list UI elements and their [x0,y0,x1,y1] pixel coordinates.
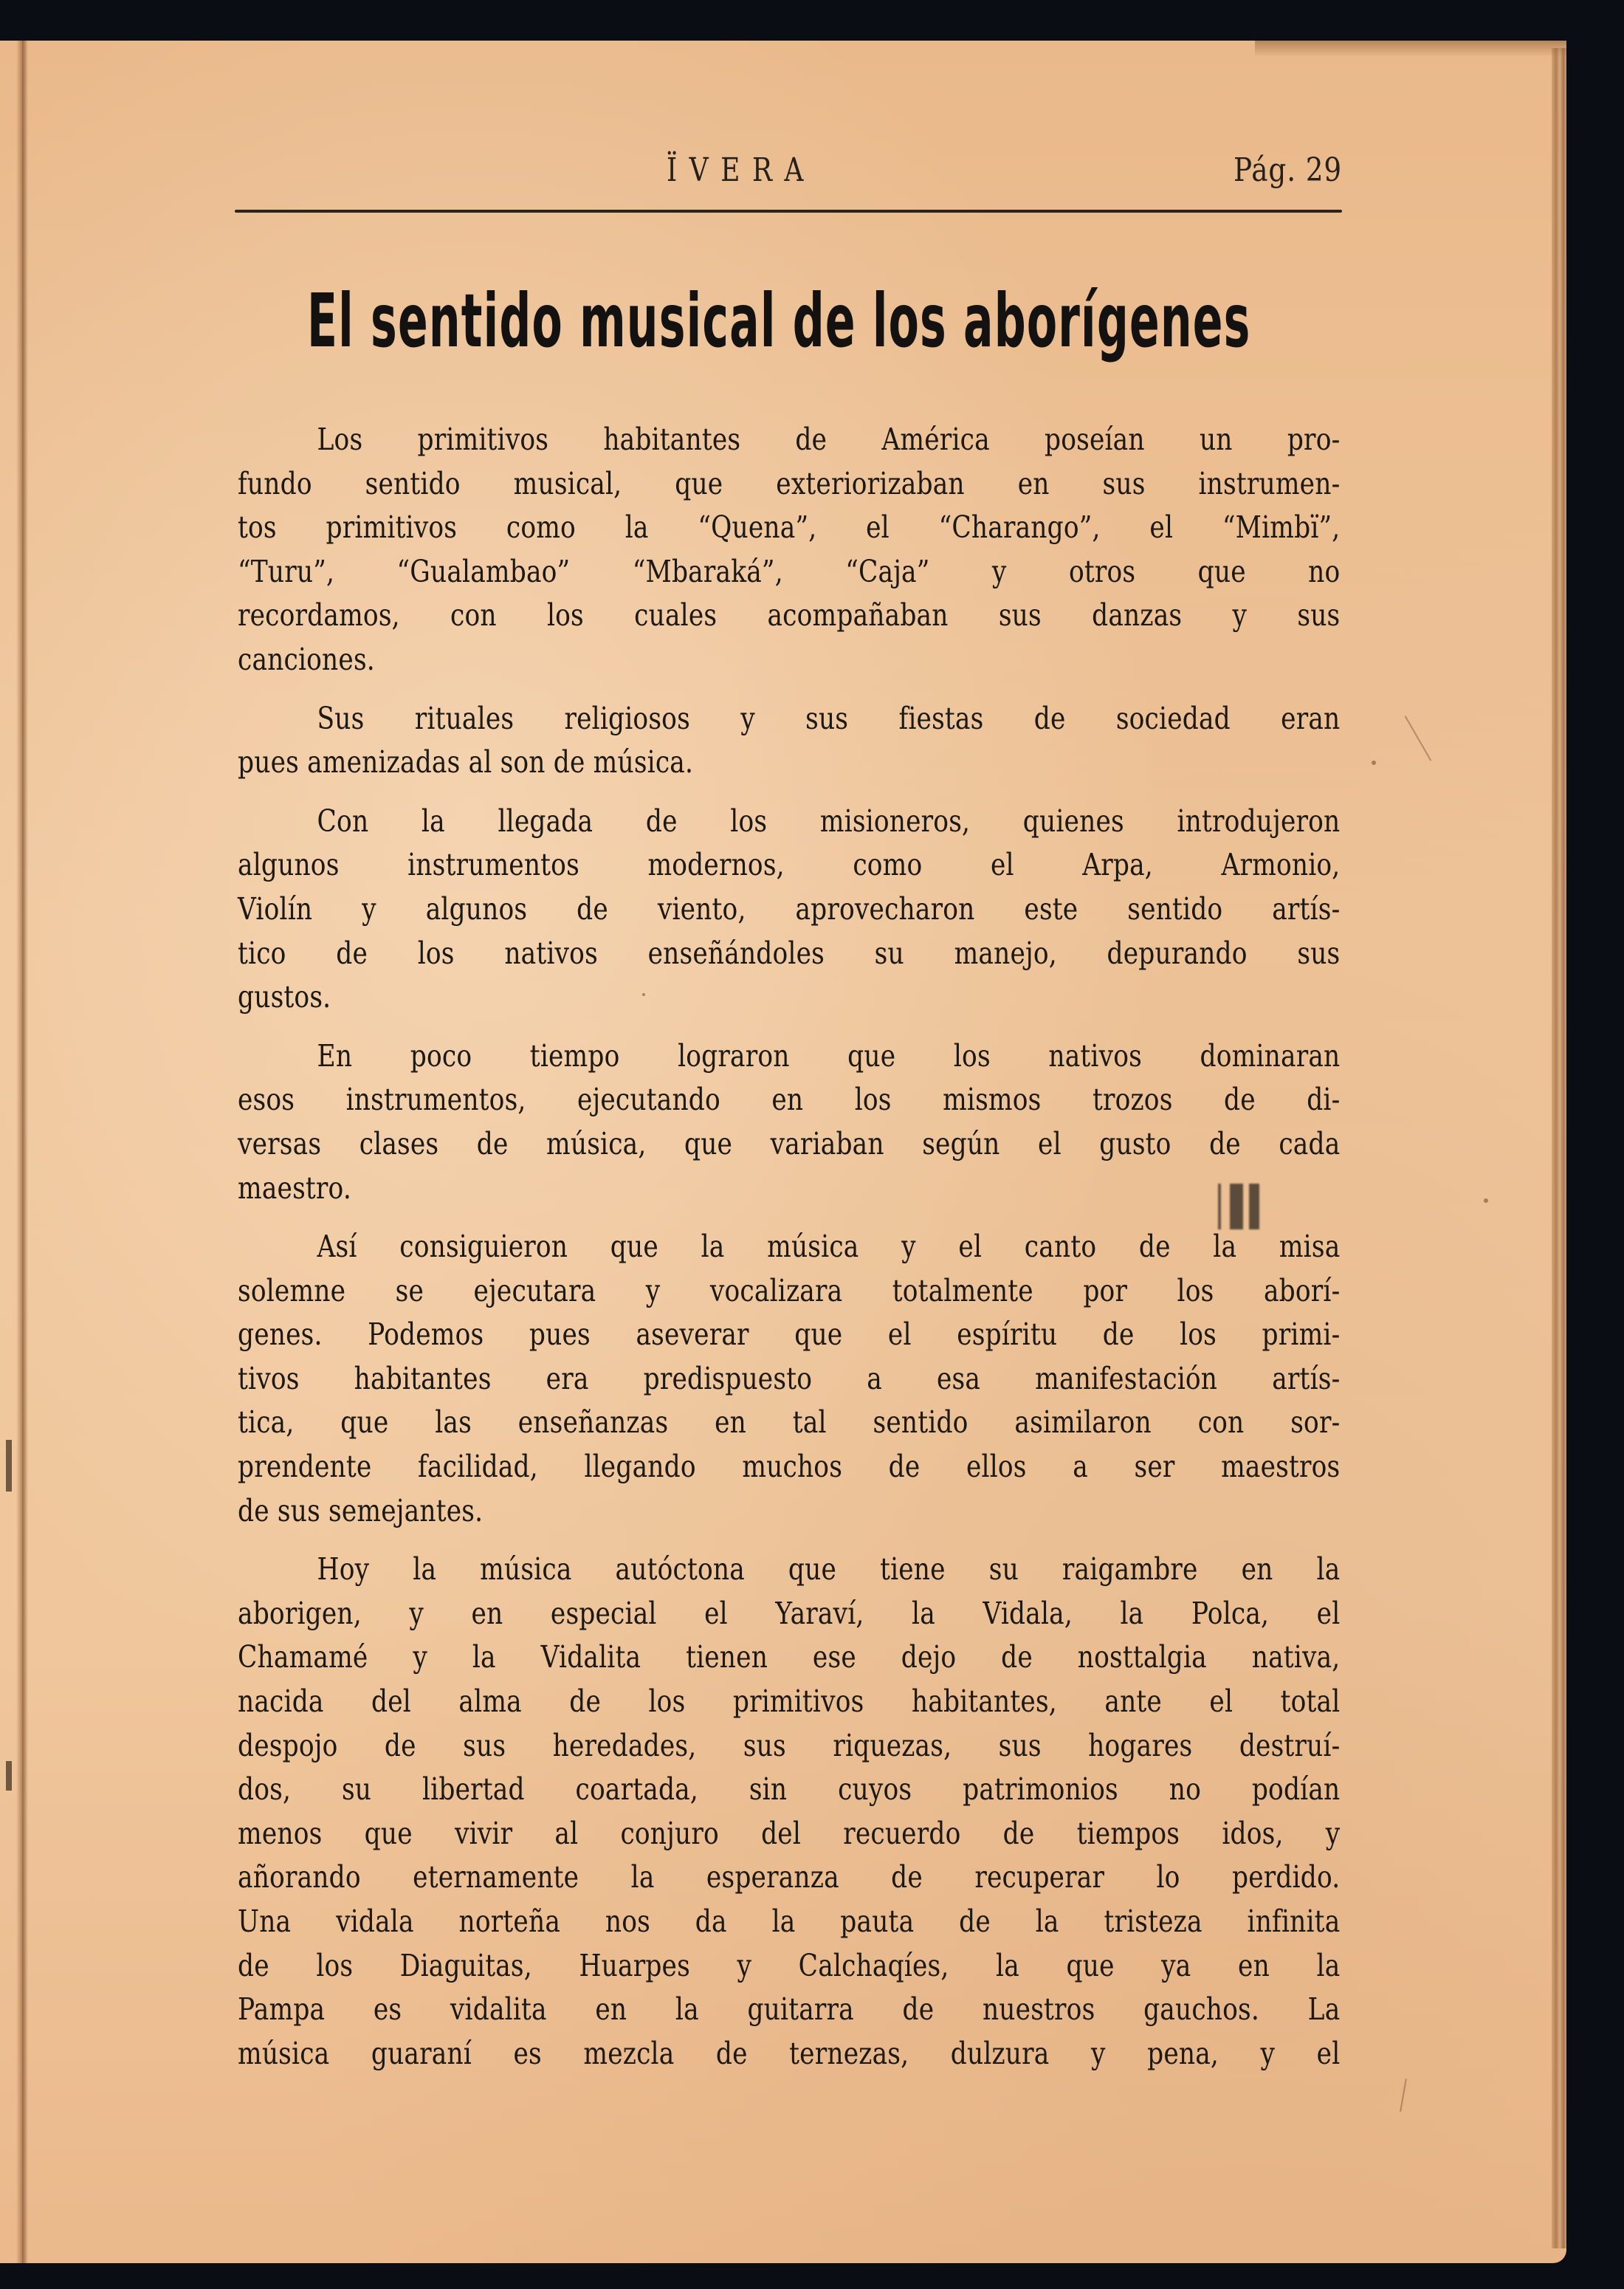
text-line: tivos habitantes era predispuesto a esa … [238,1357,1340,1401]
text-line: música guaraní es mezcla de ternezas, du… [238,2032,1340,2076]
text-line: tos primitivos como la “Quena”, el “Char… [238,506,1340,550]
paragraph: Sus rituales religiosos y sus fiestas de… [238,697,1341,785]
text-line: menos que vivir al conjuro del recuerdo … [238,1812,1340,1856]
paragraph: Con la llegada de los misioneros, quiene… [238,800,1341,1020]
running-header: ÏVERA Pág. 29 [235,151,1342,196]
scanned-page-image: ÏVERA Pág. 29 El sentido musical de los … [0,0,1624,2289]
text-line: añorando eternamente la esperanza de rec… [238,1856,1340,1900]
page-edge-stack [1552,48,1566,2248]
text-line: genes. Podemos pues aseverar que el espí… [238,1313,1340,1357]
text-line: Así consiguieron que la música y el cant… [238,1225,1340,1269]
journal-title: ÏVERA [667,151,816,189]
text-line: tico de los nativos enseñándoles su mane… [238,932,1340,976]
text-line: versas clases de música, que variaban se… [238,1122,1340,1167]
page-number: Pág. 29 [1234,151,1342,189]
text-line: algunos instrumentos modernos, como el A… [238,843,1340,888]
paragraph: En poco tiempo lograron que los nativos … [238,1034,1341,1210]
text-line: Una vidala norteña nos da la pauta de la… [238,1900,1340,1944]
text-line: aborigen, y en especial el Yaraví, la Vi… [238,1592,1340,1636]
paragraph: Los primitivos habitantes de América pos… [238,418,1341,682]
text-line: canciones. [238,638,1340,682]
text-line: Los primitivos habitantes de América pos… [238,418,1340,462]
header-rule [235,210,1342,213]
binding-mark [6,1761,12,1791]
text-line: En poco tiempo lograron que los nativos … [238,1034,1340,1079]
text-line: Pampa es vidalita en la guitarra de nues… [238,1988,1340,2032]
article-body: Los primitivos habitantes de América pos… [238,418,1341,2090]
text-line: de sus semejantes. [238,1489,1340,1534]
paper-scratch [1400,2079,1407,2112]
binding-fold [16,41,28,2263]
text-line: maestro. [238,1167,1340,1211]
text-line: prendente facilidad, llegando muchos de … [238,1445,1340,1489]
binding-mark [6,1440,12,1492]
text-line: tica, que las enseñanzas en tal sentido … [238,1401,1340,1445]
text-line: Sus rituales religiosos y sus fiestas de… [238,697,1340,741]
text-line: dos, su libertad coartada, sin cuyos pat… [238,1768,1340,1812]
paragraph: Hoy la música autóctona que tiene su rai… [238,1548,1341,2076]
text-line: Hoy la música autóctona que tiene su rai… [238,1548,1340,1592]
paper-speck [1484,1198,1488,1203]
text-line: “Turu”, “Gualambao” “Mbaraká”, “Caja” y … [238,550,1340,594]
text-line: recordamos, con los cuales acompañaban s… [238,594,1340,638]
paragraph: Así consiguieron que la música y el cant… [238,1225,1341,1533]
text-line: fundo sentido musical, que exteriorizaba… [238,462,1340,507]
text-line: Con la llegada de los misioneros, quiene… [238,800,1340,844]
text-line: Violín y algunos de viento, aprovecharon… [238,888,1340,932]
text-line: nacida del alma de los primitivos habita… [238,1680,1340,1724]
text-line: gustos. [238,975,1340,1020]
paper-speck [1372,761,1376,765]
text-line: solemne se ejecutara y vocalizara totalm… [238,1269,1340,1314]
article-title: El sentido musical de los aborígenes [307,281,1247,362]
page-top-shadow [1255,41,1566,57]
text-line: de los Diaguitas, Huarpes y Calchaqíes, … [238,1944,1340,1988]
text-line: pues amenizadas al son de música. [238,741,1340,785]
text-line: Chamamé y la Vidalita tienen ese dejo de… [238,1636,1340,1680]
text-line: despojo de sus heredades, sus riquezas, … [238,1724,1340,1768]
text-line: esos instrumentos, ejecutando en los mis… [238,1078,1340,1122]
paper-scratch [1405,715,1432,761]
